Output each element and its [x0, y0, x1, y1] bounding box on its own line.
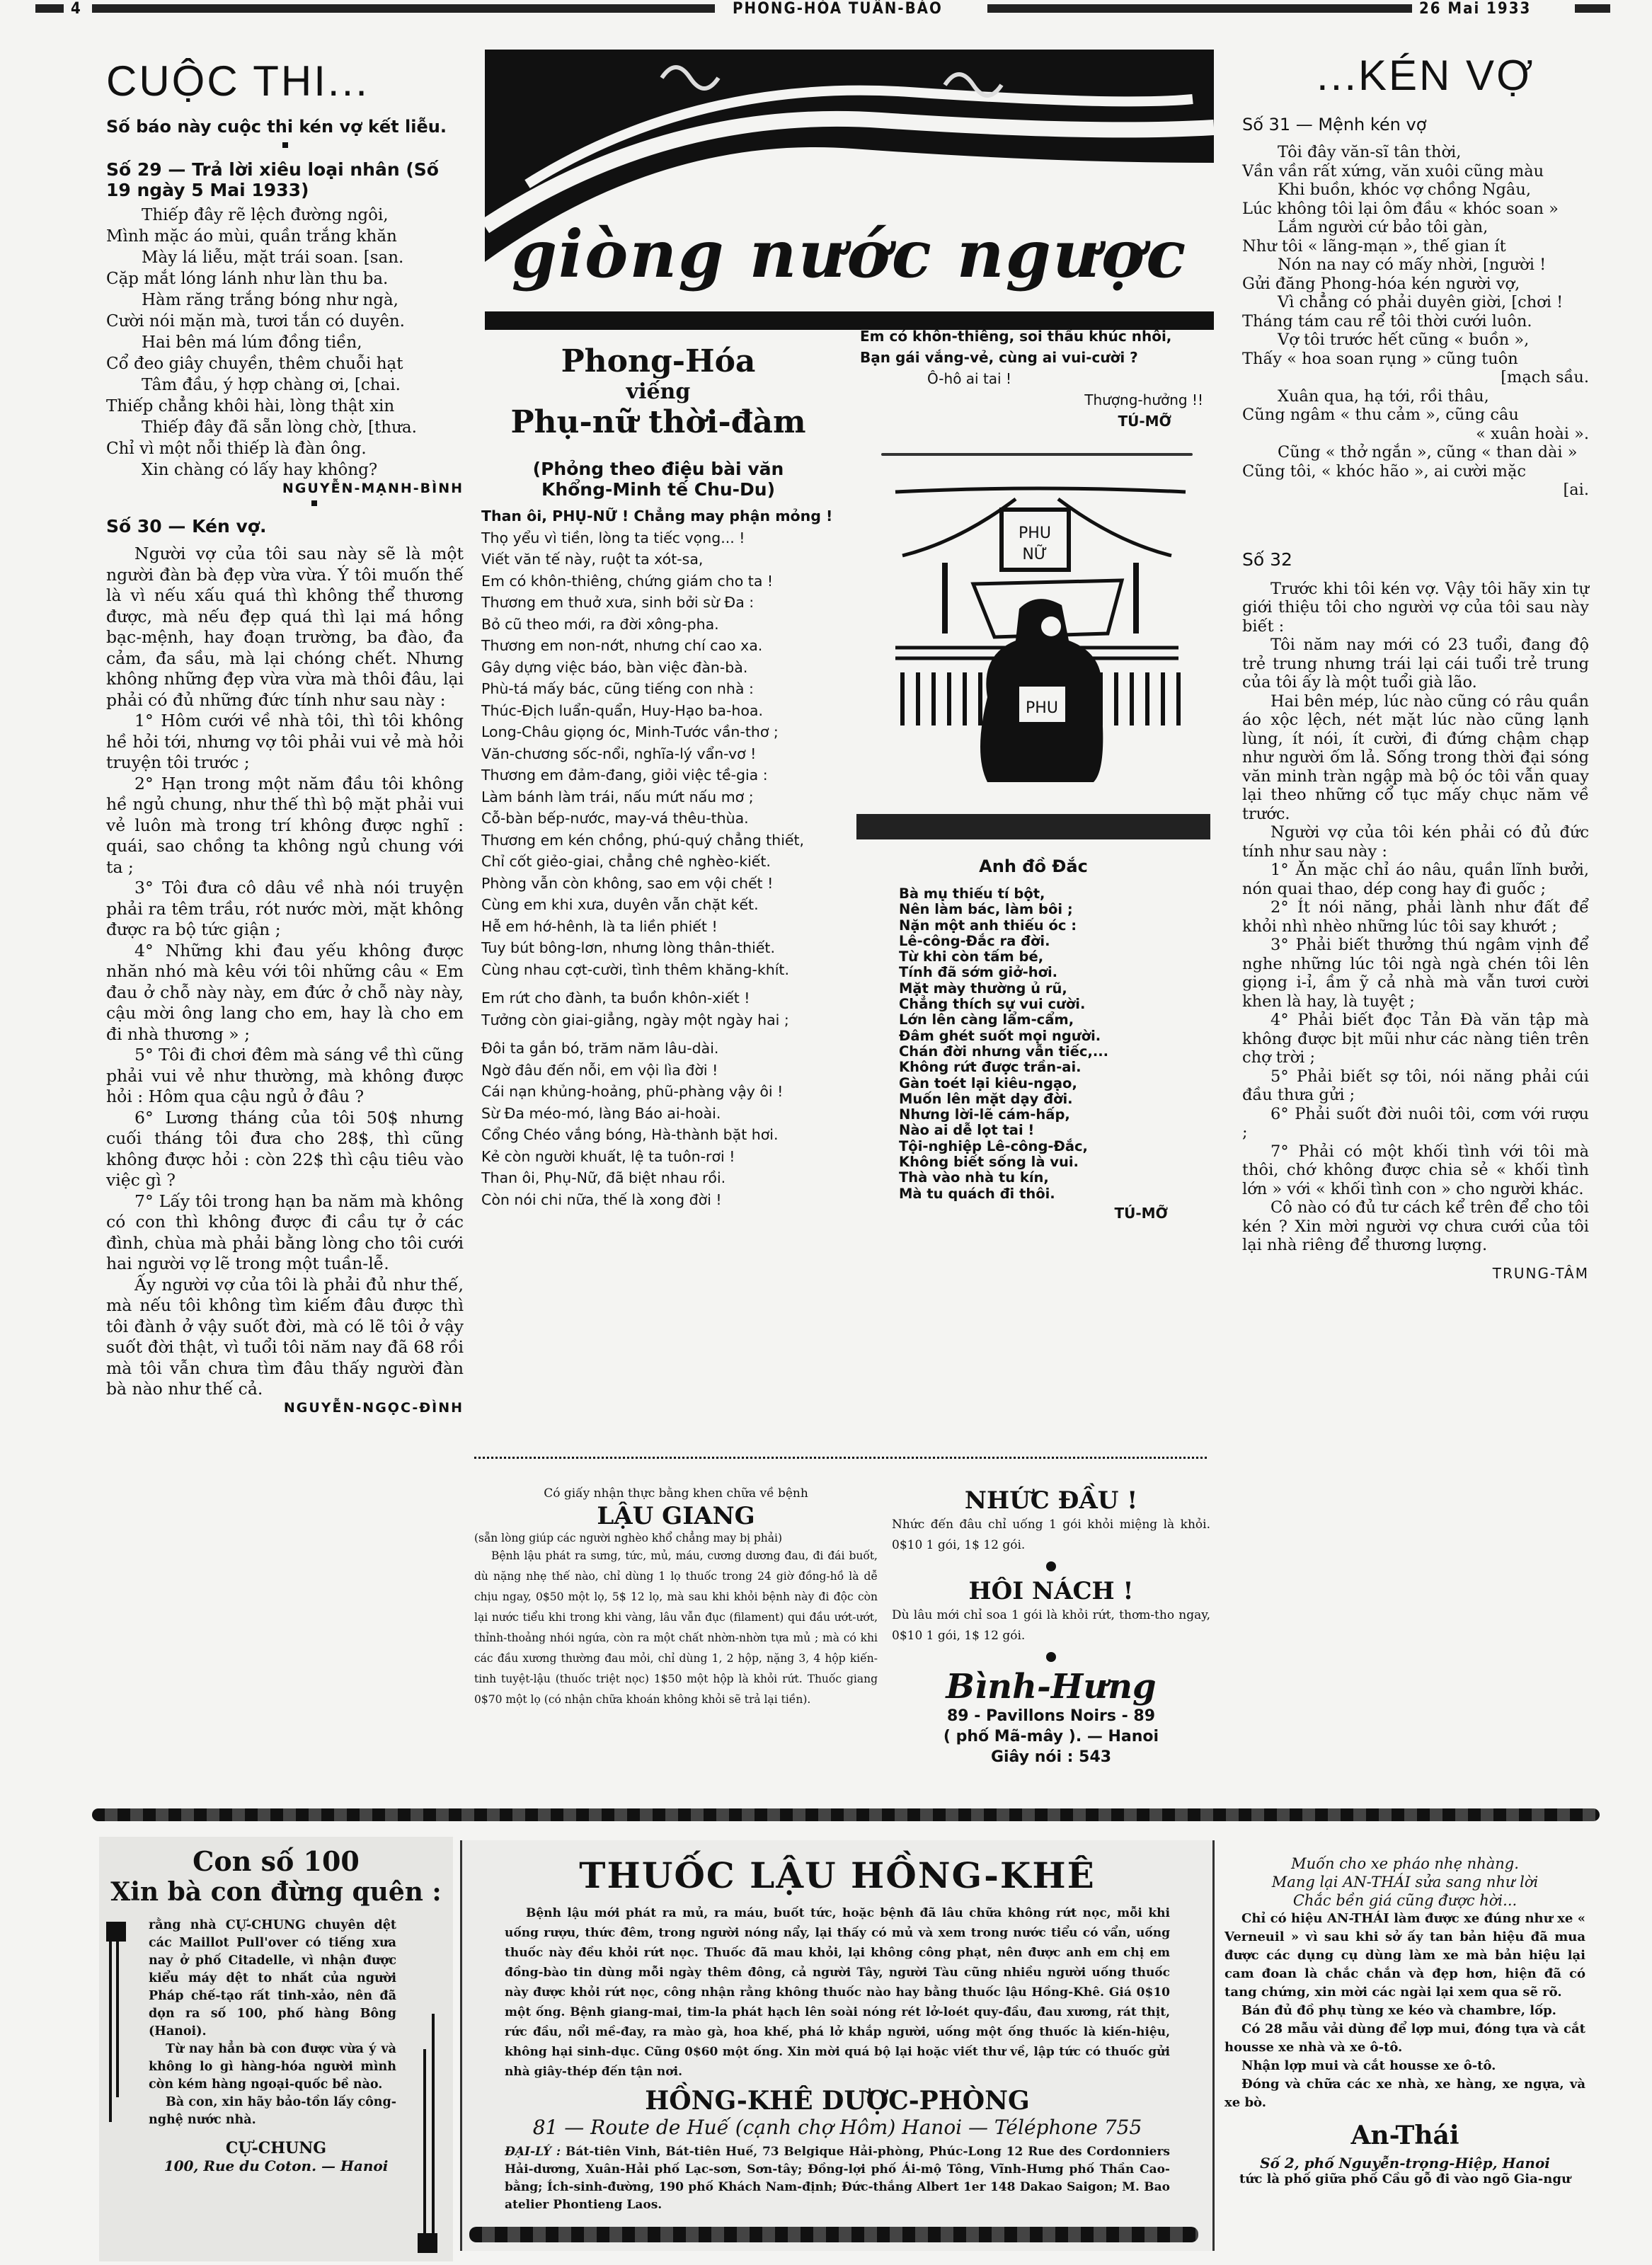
- paragraph: 4° Những khi đau yếu không được nhăn nhó…: [106, 941, 464, 1045]
- entry30-heading: Số 30 — Kén vợ.: [106, 516, 464, 537]
- poem-title-line2: viếng: [481, 379, 835, 404]
- poem-line: Cũng ngâm « thu cảm », cũng câu: [1242, 406, 1589, 425]
- page-number: 4: [71, 0, 82, 18]
- paragraph: Từ nay hẳn bà con được vừa ý và không lo…: [149, 2041, 396, 2094]
- poem-line: Gửi đăng Phong-hóa kén người vợ,: [1242, 275, 1589, 294]
- header-rule: [1575, 4, 1610, 13]
- hong-khe-address: 81 — Route de Huế (cạnh chợ Hôm) Hanoi —…: [462, 2116, 1212, 2139]
- poem-line: Như tôi « lãng-mạn », thế gian ít: [1242, 237, 1589, 256]
- paragraph: 7° Lấy tôi trong hạn ba năm mà không có …: [106, 1191, 464, 1275]
- paragraph: Chỉ có hiệu AN-THÁI làm được xe đúng như…: [1224, 1910, 1585, 2002]
- binh-hung-address1: 89 - Pavillons Noirs - 89: [892, 1706, 1210, 1726]
- needle-icon: [116, 1942, 119, 2097]
- poem-title-line1: Phong-Hóa: [481, 343, 835, 379]
- paragraph: Tôi năm nay mới có 23 tuổi, đang độ trẻ …: [1242, 636, 1589, 692]
- poem-line: Mình mặc áo mùi, quần trắng khăn: [106, 226, 464, 247]
- needle-icon: [423, 2049, 426, 2233]
- poem-line: Cỗ-bàn bếp-nước, may-vá thêu-thùa.: [481, 808, 835, 830]
- svg-text:NỮ: NỮ: [1022, 544, 1047, 563]
- paragraph: 2° Ít nói năng, phải lành như đất để khỏ…: [1242, 898, 1589, 936]
- poem-line: Chẳng thích sự vui cười.: [899, 997, 1210, 1012]
- paragraph: 4° Phải biết đọc Tản Đà văn tập mà không…: [1242, 1011, 1589, 1067]
- lau-giang-tagline: Có giấy nhận thực bằng khen chữa về bệnh: [474, 1486, 878, 1501]
- verse-line: Chắc bền giá cũng được hời...: [1224, 1891, 1585, 1910]
- entry32-body: Trước khi tôi kén vợ. Vậy tôi hãy xin tự…: [1242, 580, 1589, 1255]
- paragraph: 5° Tôi đi chơi đêm mà sáng về thì cũng p…: [106, 1045, 464, 1108]
- paragraph: 5° Phải biết sợ tôi, nói năng phải cúi đ…: [1242, 1067, 1589, 1105]
- poem-line: Vì chẳng có phải duyên giời, [chơi !: [1242, 293, 1589, 312]
- poem-line: Mà tu quách đi thôi.: [899, 1186, 1210, 1202]
- banner-illustration: giòng nước ngược: [485, 50, 1214, 294]
- entry29-poem: Thiếp đây rẽ lệch đường ngôi, Mình mặc á…: [106, 205, 464, 481]
- an-thai-address2: tức là phố giữa phố Cầu gỗ đi vào ngõ Gi…: [1224, 2172, 1585, 2186]
- poem-line: Cổ đeo giây chuyền, thêm chuỗi hạt: [106, 353, 464, 374]
- binh-hung-headline1: NHỨC ĐẦU !: [892, 1486, 1210, 1515]
- binh-hung-phone: Giây nói : 543: [892, 1747, 1210, 1767]
- poem-line: Thọ yểu vì tiền, lòng ta tiếc vọng... !: [481, 527, 835, 549]
- bottom-wavy-rule: [469, 2227, 1198, 2242]
- bullet-icon: [1046, 1652, 1056, 1662]
- poem-line: Cùng nhau cợt-cười, tình thêm khăng-khít…: [481, 959, 835, 981]
- poem-line: Tuy bút bông-lơn, nhưng lòng thân-thiết.: [481, 937, 835, 959]
- poem-line: [mạch sầu.: [1242, 368, 1589, 387]
- paragraph: Người vợ của tôi kén phải có đủ đức tính…: [1242, 823, 1589, 861]
- poem-line: Nặn một anh thiếu óc :: [899, 918, 1210, 934]
- left-column: Số báo này cuộc thi kén vợ kết liễu. Số …: [106, 117, 464, 1416]
- verse-line: Mang lại AN-THÁI sửa sang như lời: [1224, 1873, 1585, 1891]
- poem-line: « xuân hoài ».: [1242, 425, 1589, 444]
- poem-line: Ngờ đâu đến nỗi, em vội lìa đời !: [481, 1060, 835, 1082]
- poem-line: Phù-tá mấy bác, cũng tiếng con nhà :: [481, 678, 835, 700]
- header-rule: [35, 4, 64, 13]
- poem-line: Cặp mắt lóng lánh như làn thu ba.: [106, 268, 464, 289]
- paragraph: 1° Hôm cưới về nhà tôi, thì tôi không hề…: [106, 711, 464, 774]
- paragraph: 2° Hạn trong một năm đầu tôi không hề ng…: [106, 774, 464, 878]
- poem-line: Xin chàng có lấy hay không?: [106, 459, 464, 481]
- lau-giang-title: LẬU GIANG: [474, 1501, 878, 1531]
- contest-intro: Số báo này cuộc thi kén vợ kết liễu.: [106, 117, 464, 137]
- paragraph: rằng nhà CỰ-CHUNG chuyên dệt các Maillot…: [149, 1917, 396, 2041]
- ads-separator: [474, 1457, 1207, 1459]
- poem-line: Vợ tôi trước hết cũng « buồn »,: [1242, 331, 1589, 350]
- poem-line: Cũng tôi, « khóc hão », ai cười mặc: [1242, 462, 1589, 481]
- paragraph: Bán đủ đồ phụ tùng xe kéo và chambre, lố…: [1224, 2002, 1585, 2020]
- poem-line: Vần vần rất xứng, văn xuôi cũng màu: [1242, 162, 1589, 181]
- paragraph: Nhận lợp mui và cắt housse xe ô-tô.: [1224, 2057, 1585, 2075]
- cu-chung-title1: Con số 100: [99, 1845, 453, 1877]
- poem-line: Bà mụ thiếu tí bột,: [899, 886, 1210, 902]
- cartoon-illustration: PHU NỮ PHU: [874, 471, 1200, 782]
- cu-chung-title2: Xin bà con đừng quên :: [99, 1877, 453, 1907]
- entry32-heading: Số 32: [1242, 549, 1589, 570]
- right-column: Số 31 — Mệnh kén vợ Tôi đây văn-sĩ tân t…: [1242, 115, 1589, 1282]
- paragraph: 3° Phải biết thưởng thú ngâm vịnh để ngh…: [1242, 936, 1589, 1011]
- poem-line: Thiếp chẳng khôi hài, lòng thật xin: [106, 396, 464, 417]
- poem-line: Nào ai dễ lọt tai !: [899, 1123, 1210, 1138]
- poem-line: Than ôi, Phụ-Nữ, đã biệt nhau rồi.: [481, 1167, 835, 1189]
- poem-line: Kẻ còn người khuất, lệ ta tuôn-rơi !: [481, 1146, 835, 1168]
- hong-khe-body: Bệnh lậu mới phát ra mủ, ra máu, buốt tứ…: [505, 1903, 1170, 2082]
- poem-line: Lê-công-Đắc ra đời.: [899, 934, 1210, 949]
- binh-hung-text2: Dù lâu mới chỉ soa 1 gói là khỏi rứt, th…: [892, 1605, 1210, 1646]
- poem-line: Hễ em hớ-hênh, là ta liền phiết !: [481, 916, 835, 938]
- hong-khe-pharmacy: HỒNG-KHÊ DƯỢC-PHÒNG: [462, 2086, 1212, 2116]
- poem-line: Thiếp đây đã sẵn lòng chờ, [thưa.: [106, 417, 464, 438]
- poem-line: Tâm đầu, ý hợp chàng ơi, [chai.: [106, 374, 464, 396]
- lau-giang-subtitle: (sẵn lòng giúp các người nghèo khổ chẳng…: [474, 1531, 878, 1546]
- hong-khe-agents: ĐẠI-LÝ : Bát-tiên Vinh, Bát-tiên Huế, 73…: [505, 2143, 1170, 2214]
- poem-line: Thương em thuở xưa, sinh bởi sừ Đa :: [481, 592, 835, 614]
- poem-line: Không biết sống là vui.: [899, 1154, 1210, 1170]
- poem-line: Chỉ vì một nỗi thiếp là đàn ông.: [106, 438, 464, 459]
- poem-line: Làm bánh làm trái, nấu mứt nấu mơ ;: [481, 786, 835, 808]
- entry30-body: Người vợ của tôi sau này sẽ là một người…: [106, 544, 464, 1400]
- poem-line: Lắm người cứ bảo tôi gàn,: [1242, 218, 1589, 237]
- binh-hung-address2: ( phố Mã-mây ). — Hanoi: [892, 1726, 1210, 1747]
- paragraph: 7° Phải có một khối tình với tôi mà thôi…: [1242, 1142, 1589, 1199]
- poem-line: Ô-hô ai tai !: [860, 368, 1214, 389]
- cu-chung-address: 100, Rue du Coton. — Hanoi: [99, 2157, 453, 2174]
- agents-label: ĐẠI-LÝ :: [505, 2145, 561, 2159]
- separator-dot: [282, 142, 288, 148]
- paragraph: 1° Ăn mặc chỉ áo nâu, quần lĩnh bưởi, nó…: [1242, 861, 1589, 898]
- poem-subtitle: (Phỏng theo điệu bài văn Khổng-Minh tế C…: [503, 459, 814, 500]
- lau-giang-body: Bệnh lậu phát ra sưng, tức, mủ, máu, cươ…: [474, 1546, 878, 1710]
- ad-an-thai: Muốn cho xe pháo nhẹ nhàng. Mang lại AN-…: [1224, 1854, 1585, 2186]
- binh-hung-headline2: HÔI NÁCH !: [892, 1577, 1210, 1605]
- poem-line: Thương em kén chồng, phú-quý chẳng thiết…: [481, 830, 835, 851]
- banner-title: giòng nước ngược: [485, 216, 1214, 292]
- poem-line: Thấy « hoa soan rụng » cũng tuôn: [1242, 350, 1589, 369]
- issue-date: 26 Mai 1933: [1419, 0, 1531, 18]
- poem-line: Nón na nay có mấy nhời, [người !: [1242, 256, 1589, 275]
- svg-text:PHU: PHU: [1026, 699, 1058, 717]
- poem-line: Sừ Đa méo-mó, làng Báo ai-hoài.: [481, 1103, 835, 1125]
- poem-anh-do-dac: Anh đồ Đắc Bà mụ thiếu tí bột, Nên làm b…: [899, 856, 1210, 1222]
- poem-line: Em có khôn-thiêng, chứng giám cho ta !: [481, 570, 835, 592]
- poem-phong-hoa-continued: Em có khôn-thiêng, soi thấu khúc nhôi, B…: [860, 326, 1214, 456]
- poem-line: Đôi ta gắn bó, trăm năm lâu-dài.: [481, 1038, 835, 1060]
- bullet-icon: [1046, 1561, 1056, 1571]
- poem-line: Tôi đây văn-sĩ tân thời,: [1242, 143, 1589, 162]
- poem-line: Xuân qua, hạ tới, rồi thâu,: [1242, 387, 1589, 406]
- anh-do-dac-author: TÚ-MỠ: [899, 1205, 1210, 1222]
- poem-line: Thiếp đây rẽ lệch đường ngôi,: [106, 205, 464, 226]
- poem-line: Phòng vẫn còn không, sao em vội chết !: [481, 873, 835, 895]
- contest-title-left: CUỘC THI...: [106, 57, 369, 105]
- altar-cartoon-icon: PHU NỮ PHU: [874, 471, 1200, 782]
- poem-line: Than ôi, PHỤ-NỮ ! Chẳng may phận mỏng !: [481, 505, 835, 527]
- needle-icon: [432, 2014, 435, 2233]
- poem-line: Mặt mày thường ủ rũ,: [899, 981, 1210, 997]
- poem-body: Than ôi, PHỤ-NỮ ! Chẳng may phận mỏng ! …: [481, 505, 835, 1210]
- separator-wave: [881, 453, 1193, 456]
- cartoon-bottom-bar: [856, 814, 1210, 839]
- poem-line: Hai bên má lúm đồng tiền,: [106, 332, 464, 353]
- page-header: 4 PHONG-HÓA TUẦN-BÁO 26 Mai 1933: [0, 0, 1652, 17]
- poem-line: Long-Châu giọng óc, Minh-Tước vần-thơ ;: [481, 721, 835, 743]
- needle-icon: [109, 1942, 112, 2122]
- poem-line: Đâm ghét suốt mọi người.: [899, 1028, 1210, 1044]
- paragraph: Bà con, xin hãy bảo-tồn lấy công-nghệ nư…: [149, 2094, 396, 2129]
- poem-line: Lớn lên càng lẩm-cẩm,: [899, 1012, 1210, 1028]
- an-thai-address: Số 2, phố Nguyễn-trọng-Hiệp, Hanoi: [1224, 2155, 1585, 2172]
- poem-line: Bỏ cũ theo mới, ra đời xông-pha.: [481, 614, 835, 636]
- ad-hong-khe: THUỐC LẬU HỒNG-KHÊ Bệnh lậu mới phát ra …: [460, 1840, 1215, 2251]
- poem-line: Khi buồn, khóc vợ chồng Ngâu,: [1242, 180, 1589, 200]
- header-rule: [92, 4, 715, 13]
- binh-hung-text1: Nhức đến đâu chỉ uống 1 gói khỏi miệng l…: [892, 1515, 1210, 1556]
- poem-line: Còn nói chi nữa, thế là xong đời !: [481, 1189, 835, 1211]
- poem-line: Gây dựng việc báo, bàn việc đàn-bà.: [481, 657, 835, 679]
- poem-line: Em có khôn-thiêng, soi thấu khúc nhôi,: [860, 326, 1214, 347]
- poem-line: Viết văn tế này, ruột ta xót-sa,: [481, 549, 835, 570]
- paragraph: Có 28 mẫu vải dùng để lợp mui, đóng tựa …: [1224, 2020, 1585, 2057]
- paragraph: Ấy người vợ của tôi là phải đủ như thế, …: [106, 1275, 464, 1400]
- poem-line: Muốn lên mặt dạy đời.: [899, 1091, 1210, 1107]
- separator-dot: [311, 500, 317, 506]
- header-rule: [987, 4, 1412, 13]
- entry32-author: TRUNG-TÂM: [1242, 1265, 1589, 1282]
- entry29-author: NGUYỄN-MẠNH-BÌNH: [106, 481, 464, 496]
- paragraph: Trước khi tôi kén vợ. Vậy tôi hãy xin tự…: [1242, 580, 1589, 636]
- paragraph: 6° Lương tháng của tôi 50$ nhưng cuối th…: [106, 1108, 464, 1191]
- entry29-heading: Số 29 — Trả lời xiêu loại nhân (Số 19 ng…: [106, 159, 464, 200]
- svg-text:PHU: PHU: [1019, 524, 1051, 542]
- ad-binh-hung: NHỨC ĐẦU ! Nhức đến đâu chỉ uống 1 gói k…: [892, 1486, 1210, 1767]
- poem-line: Từ khi còn tấm bé,: [899, 949, 1210, 965]
- poem-line: Hàm răng trắng bóng như ngà,: [106, 289, 464, 311]
- poem-line: Thà vào nhà tu kín,: [899, 1170, 1210, 1186]
- poem-line: Tính đã sớm giở-hơi.: [899, 965, 1210, 980]
- poem-line: Chỉ cốt giẻo-giai, chẳng chê nghèo-kiết.: [481, 851, 835, 873]
- poem-line: Thương em đảm-đang, giỏi việc tề-gia :: [481, 764, 835, 786]
- poem-line: Tội-nghiệp Lê-công-Đắc,: [899, 1139, 1210, 1154]
- poem-line: Nên làm bác, làm bôi ;: [899, 902, 1210, 917]
- poem-line: Tháng tám cau rể tôi thời cưới luôn.: [1242, 312, 1589, 331]
- anh-do-dac-body: Bà mụ thiếu tí bột, Nên làm bác, làm bôi…: [899, 886, 1210, 1202]
- cu-chung-body: rằng nhà CỰ-CHUNG chuyên dệt các Maillot…: [149, 1917, 396, 2129]
- poem-line: Văn-chương sốc-nổi, nghĩa-lý vẩn-vơ !: [481, 743, 835, 765]
- verse-line: Muốn cho xe pháo nhẹ nhàng.: [1224, 1854, 1585, 1873]
- anh-do-dac-title: Anh đồ Đắc: [856, 856, 1210, 876]
- cu-chung-brand: CỰ-CHUNG: [99, 2139, 453, 2157]
- poem-line: Cổng Chéo vắng bóng, Hà-thành bặt hơi.: [481, 1124, 835, 1146]
- poem-line: Bạn gái vắng-vẻ, cùng ai vui-cười ?: [860, 347, 1214, 368]
- poem-line: Lúc không tôi lại ôm đầu « khóc soan »: [1242, 200, 1589, 219]
- paragraph: Người vợ của tôi sau này sẽ là một người…: [106, 544, 464, 711]
- paragraph: 6° Phải suốt đời nuôi tôi, cơm với rượu …: [1242, 1105, 1589, 1142]
- publication-name: PHONG-HÓA TUẦN-BÁO: [733, 0, 943, 18]
- poem-line: Gàn toét lại kiêu-ngạo,: [899, 1076, 1210, 1091]
- contest-title-right: ...KÉN VỢ: [1317, 51, 1535, 100]
- ad-cu-chung: Con số 100 Xin bà con đừng quên : rằng n…: [99, 1837, 453, 2261]
- needle-icon: [106, 1922, 126, 1942]
- poem-line: Tưởng còn giai-giẳng, ngày một ngày hai …: [481, 1009, 835, 1031]
- ads-top-wavy-rule: [92, 1808, 1600, 1821]
- needle-icon: [418, 2233, 437, 2253]
- an-thai-body: Chỉ có hiệu AN-THÁI làm được xe đúng như…: [1224, 1910, 1585, 2112]
- hong-khe-title: THUỐC LẬU HỒNG-KHÊ: [462, 1854, 1212, 1896]
- poem-line: Cùng em khi xưa, duyên vẫn chặt kết.: [481, 894, 835, 916]
- poem-line: Thương em non-nớt, nhưng chí cao xa.: [481, 635, 835, 657]
- poem-phong-hoa: Phong-Hóa viếng Phụ-nữ thời-đàm (Phỏng t…: [481, 343, 835, 1210]
- paragraph: 3° Tôi đưa cô dâu về nhà nói truyện phải…: [106, 878, 464, 941]
- agents-list: Bát-tiên Vinh, Bát-tiên Huế, 73 Belgique…: [505, 2145, 1170, 2212]
- poem-line: Chán đời nhưng vẫn tiếc,...: [899, 1044, 1210, 1060]
- poem-line: Nhưng lời-lẽ cám-hấp,: [899, 1107, 1210, 1123]
- entry31-heading: Số 31 — Mệnh kén vợ: [1242, 115, 1589, 134]
- poem-author: TÚ-MỠ: [860, 411, 1214, 432]
- poem-title-line3: Phụ-nữ thời-đàm: [481, 404, 835, 440]
- entry31-poem: Tôi đây văn-sĩ tân thời, Vần vần rất xứn…: [1242, 143, 1589, 500]
- poem-line: Cũng « thở ngắn », cũng « than dài »: [1242, 443, 1589, 462]
- poem-line: Em rứt cho đành, ta buồn khôn-xiết !: [481, 987, 835, 1009]
- paragraph: Cô nào có đủ tư cách kể trên để cho tôi …: [1242, 1198, 1589, 1255]
- poem-line: Cười nói mặn mà, tươi tắn có duyên.: [106, 311, 464, 332]
- entry30-author: NGUYỄN-NGỌC-ĐÌNH: [106, 1400, 464, 1416]
- poem-closing: Thượng-hưởng !!: [860, 389, 1214, 411]
- poem-line: [ai.: [1242, 481, 1589, 500]
- poem-line: Cái nạn khủng-hoảng, phũ-phàng vậy ôi !: [481, 1081, 835, 1103]
- poem-line: Không rứt được trần-ai.: [899, 1060, 1210, 1075]
- poem-line: Mày lá liễu, mặt trái soan. [san.: [106, 247, 464, 268]
- paragraph: Đóng và chữa các xe nhà, xe hàng, xe ngự…: [1224, 2075, 1585, 2112]
- paragraph: Hai bên mép, lúc nào cũng có râu quần áo…: [1242, 692, 1589, 824]
- an-thai-brand: An-Thái: [1224, 2121, 1585, 2150]
- poem-line: Thúc-Địch luẩn-quẩn, Huy-Hạo ba-hoa.: [481, 700, 835, 722]
- binh-hung-brand: Bình-Hưng: [892, 1668, 1210, 1706]
- ad-lau-giang: Có giấy nhận thực bằng khen chữa về bệnh…: [474, 1486, 878, 1710]
